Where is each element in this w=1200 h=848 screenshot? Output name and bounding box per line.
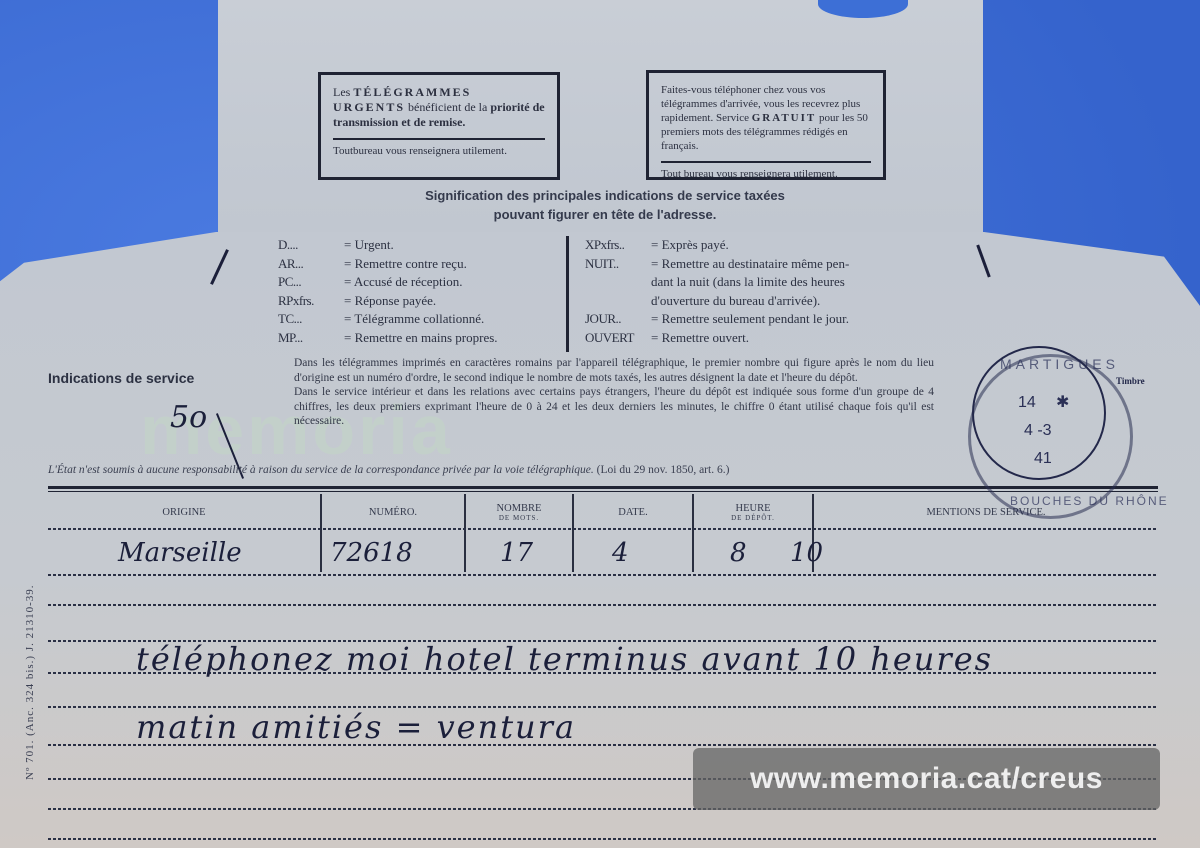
signification-line-1: Signification des principales indication… bbox=[360, 186, 850, 205]
code-row: OUVERT= Remettre ouvert. bbox=[585, 329, 935, 348]
postmark-town: MARTIGUES bbox=[1000, 356, 1119, 372]
header-date: DATE. bbox=[574, 494, 692, 530]
code-row: MP...= Remettre en mains propres. bbox=[278, 329, 563, 348]
watermark-text: www.memoria.cat/creus bbox=[750, 762, 1103, 796]
service-codes-left: D....= Urgent. AR...= Remettre contre re… bbox=[278, 236, 563, 347]
legal-text: L'État n'est soumis à aucune responsabil… bbox=[48, 464, 594, 476]
header-sublabel: DE MOTS. bbox=[466, 514, 572, 522]
indications-handwritten: 5o bbox=[170, 400, 207, 435]
header-sublabel: DE DÉPÔT. bbox=[694, 514, 812, 522]
code: TC... bbox=[278, 310, 344, 329]
code: AR... bbox=[278, 255, 344, 274]
header-label: NOMBRE bbox=[466, 503, 572, 514]
code-meaning: d'ouverture du bureau d'arrivée). bbox=[651, 292, 820, 311]
ruled-line bbox=[48, 604, 1158, 606]
code-row: TC...= Télégramme collationné. bbox=[278, 310, 563, 329]
code-row: JOUR..= Remettre seulement pendant le jo… bbox=[585, 310, 935, 329]
codes-divider bbox=[566, 236, 569, 352]
origine-value: Marseille bbox=[118, 538, 242, 568]
code-row: PC...= Accusé de réception. bbox=[278, 273, 563, 292]
code-meaning: = Remettre contre reçu. bbox=[344, 255, 467, 274]
code-meaning: dant la nuit (dans la limite des heures bbox=[651, 273, 845, 292]
notice-title: TÉLÉGRAMMES bbox=[353, 85, 471, 99]
postmark-date: 4 -3 bbox=[1024, 422, 1052, 440]
code-meaning: = Remettre au destinataire même pen- bbox=[651, 255, 849, 274]
nombre-value: 17 bbox=[500, 538, 533, 568]
header-origine: ORIGINE bbox=[48, 494, 320, 530]
date-value: 4 bbox=[612, 538, 629, 568]
code: NUIT.. bbox=[585, 255, 651, 274]
code-row: RPxfrs.= Réponse payée. bbox=[278, 292, 563, 311]
watermark-banner: www.memoria.cat/creus bbox=[693, 748, 1160, 810]
message-line-1: téléphonez moi hotel terminus avant 10 h… bbox=[136, 640, 993, 678]
code: MP... bbox=[278, 329, 344, 348]
code: JOUR.. bbox=[585, 310, 651, 329]
header-nombre: NOMBREDE MOTS. bbox=[466, 494, 572, 530]
legal-law-reference: (Loi du 29 nov. 1850, art. 6.) bbox=[597, 464, 730, 476]
code bbox=[585, 273, 651, 292]
header-label: ORIGINE bbox=[48, 507, 320, 518]
code-meaning: = Urgent. bbox=[344, 236, 394, 255]
legal-notice: L'État n'est soumis à aucune responsabil… bbox=[48, 464, 948, 476]
code-meaning: = Réponse payée. bbox=[344, 292, 436, 311]
code-row: D....= Urgent. bbox=[278, 236, 563, 255]
phone-delivery-notice: Faites-vous téléphoner chez vous vos tél… bbox=[646, 70, 886, 180]
gratuit-label: GRATUIT bbox=[752, 112, 817, 124]
signification-heading: Signification des principales indication… bbox=[360, 186, 850, 224]
signification-line-2: pouvant figurer en tête de l'adresse. bbox=[360, 205, 850, 224]
code-row: dant la nuit (dans la limite des heures bbox=[585, 273, 935, 292]
timbre-label: Timbre bbox=[1116, 376, 1145, 386]
torn-edge bbox=[818, 0, 908, 18]
code-meaning: = Télégramme collationné. bbox=[344, 310, 484, 329]
header-label: MENTIONS DE SERVICE. bbox=[814, 507, 1158, 518]
ruled-line bbox=[48, 574, 1158, 576]
indications-de-service-label: Indications de service bbox=[48, 370, 194, 386]
code-row: XPxfrs..= Exprès payé. bbox=[585, 236, 935, 255]
code-meaning: = Accusé de réception. bbox=[344, 273, 463, 292]
code-row: AR...= Remettre contre reçu. bbox=[278, 255, 563, 274]
service-codes-right: XPxfrs..= Exprès payé. NUIT..= Remettre … bbox=[585, 236, 935, 347]
postmark-star-icon: ✱ bbox=[1056, 394, 1069, 412]
header-label: HEURE bbox=[694, 503, 812, 514]
code: XPxfrs.. bbox=[585, 236, 651, 255]
code: PC... bbox=[278, 273, 344, 292]
code bbox=[585, 292, 651, 311]
code-meaning: = Remettre ouvert. bbox=[651, 329, 749, 348]
code: D.... bbox=[278, 236, 344, 255]
numero-value: 72618 bbox=[330, 538, 413, 568]
explanation-paragraph-2: Dans le service intérieur et dans les re… bbox=[294, 385, 934, 429]
code-meaning: = Remettre en mains propres. bbox=[344, 329, 498, 348]
code-row: NUIT..= Remettre au destinataire même pe… bbox=[585, 255, 935, 274]
code-meaning: = Exprès payé. bbox=[651, 236, 729, 255]
postmark-year: 41 bbox=[1034, 450, 1052, 468]
heure-minute-value: 10 bbox=[790, 538, 823, 568]
notice-text: bénéficient de la bbox=[408, 100, 487, 114]
message-line-2: matin amitiés = ventura bbox=[136, 708, 576, 746]
phone-notice-footer: Tout bureau vous renseignera utilement. bbox=[661, 161, 871, 181]
form-number: Nº 701. (Anc. 324 bis.) J. 21310-39. bbox=[24, 584, 36, 780]
header-numero: NUMÉRO. bbox=[322, 494, 464, 530]
code: OUVERT bbox=[585, 329, 651, 348]
header-label: NUMÉRO. bbox=[322, 507, 464, 518]
notice-lead: Les bbox=[333, 85, 350, 99]
code-row: d'ouverture du bureau d'arrivée). bbox=[585, 292, 935, 311]
notice-footer: Toutbureau vous renseignera utilement. bbox=[333, 138, 545, 159]
notice-title-2: URGENTS bbox=[333, 100, 405, 114]
code-meaning: = Remettre seulement pendant le jour. bbox=[651, 310, 849, 329]
ruled-line bbox=[48, 838, 1158, 840]
header-heure: HEUREDE DÉPÔT. bbox=[694, 494, 812, 530]
explanation-text: Dans les télégrammes imprimés en caractè… bbox=[294, 356, 934, 429]
header-label: DATE. bbox=[574, 507, 692, 518]
postmark-department: BOUCHES DU RHÔNE bbox=[1010, 494, 1169, 508]
postmark-hour: 14 bbox=[1018, 394, 1036, 412]
header-underline bbox=[48, 528, 1158, 530]
code: RPxfrs. bbox=[278, 292, 344, 311]
heure-hour-value: 8 bbox=[730, 538, 747, 568]
urgent-telegrams-notice: Les TÉLÉGRAMMES URGENTS bénéficient de l… bbox=[318, 72, 560, 180]
explanation-paragraph-1: Dans les télégrammes imprimés en caractè… bbox=[294, 356, 934, 385]
